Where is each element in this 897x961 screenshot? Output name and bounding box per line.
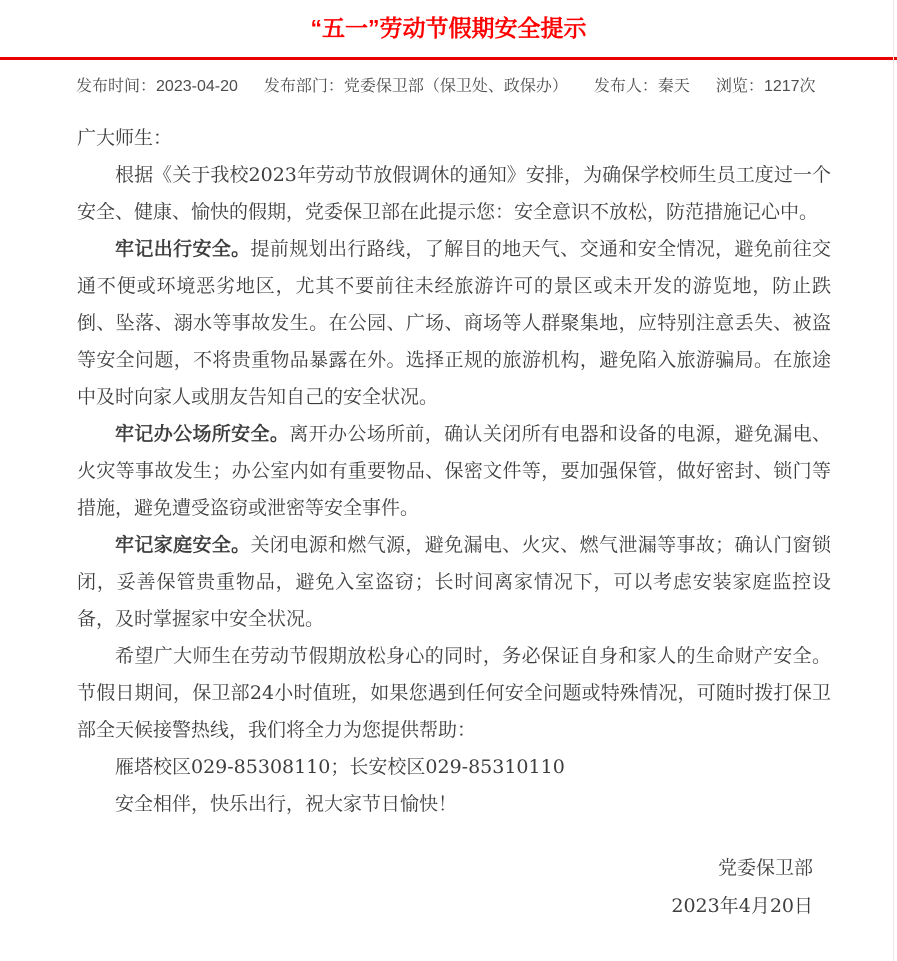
department-field: 发布部门：党委保卫部（保卫处、政保办） [264,76,568,98]
publisher-label: 发布人： [594,78,658,95]
department-value: 党委保卫部（保卫处、政保办） [344,78,568,95]
department-label: 发布部门： [264,78,344,95]
publisher-value: 秦天 [658,78,690,95]
views-field: 浏览：1217次 [716,76,816,98]
publisher-field: 发布人：秦天 [594,76,690,98]
office-safety-lead: 牢记办公场所安全。 [115,423,289,445]
views-value: 1217次 [764,78,816,95]
paragraph-intro: 根据《关于我校2023年劳动节放假调休的通知》安排，为确保学校师生员工度过一个安… [77,157,831,231]
red-divider [0,57,897,60]
salutation: 广大师生： [77,120,831,157]
signature-department: 党委保卫部 [0,849,813,887]
signature-date: 2023年4月20日 [0,887,813,925]
meta-bar: 发布时间：2023-04-20 发布部门：党委保卫部（保卫处、政保办） 发布人：… [0,76,897,98]
views-label: 浏览： [716,78,764,95]
notice-body: 广大师生： 根据《关于我校2023年劳动节放假调休的通知》安排，为确保学校师生员… [0,120,897,823]
publish-time-value: 2023-04-20 [156,78,238,95]
paragraph-closing: 希望广大师生在劳动节假期放松身心的同时，务必保证自身和家人的生命财产安全。节假日… [77,638,831,749]
travel-safety-text: 提前规划出行路线，了解目的地天气、交通和安全情况，避免前往交通不便或环境恶劣地区… [77,238,831,408]
signature-block: 党委保卫部 2023年4月20日 [0,849,897,925]
page-title: “五一”劳动节假期安全提示 [0,0,897,42]
notice-page: “五一”劳动节假期安全提示 发布时间：2023-04-20 发布部门：党委保卫部… [0,0,897,961]
home-safety-lead: 牢记家庭安全。 [115,534,251,556]
paragraph-office-safety: 牢记办公场所安全。离开办公场所前，确认关闭所有电器和设备的电源，避免漏电、火灾等… [77,416,831,527]
publish-time-label: 发布时间： [76,78,156,95]
holiday-wish: 安全相伴，快乐出行，祝大家节日愉快！ [77,786,831,823]
paragraph-home-safety: 牢记家庭安全。关闭电源和燃气源，避免漏电、火灾、燃气泄漏等事故；确认门窗锁闭，妥… [77,527,831,638]
travel-safety-lead: 牢记出行安全。 [115,238,251,260]
hotline-numbers: 雁塔校区029-85308110；长安校区029-85310110 [77,749,831,786]
paragraph-travel-safety: 牢记出行安全。提前规划出行路线，了解目的地天气、交通和安全情况，避免前往交通不便… [77,231,831,416]
content-right-border [893,0,894,961]
publish-time-field: 发布时间：2023-04-20 [76,76,238,98]
